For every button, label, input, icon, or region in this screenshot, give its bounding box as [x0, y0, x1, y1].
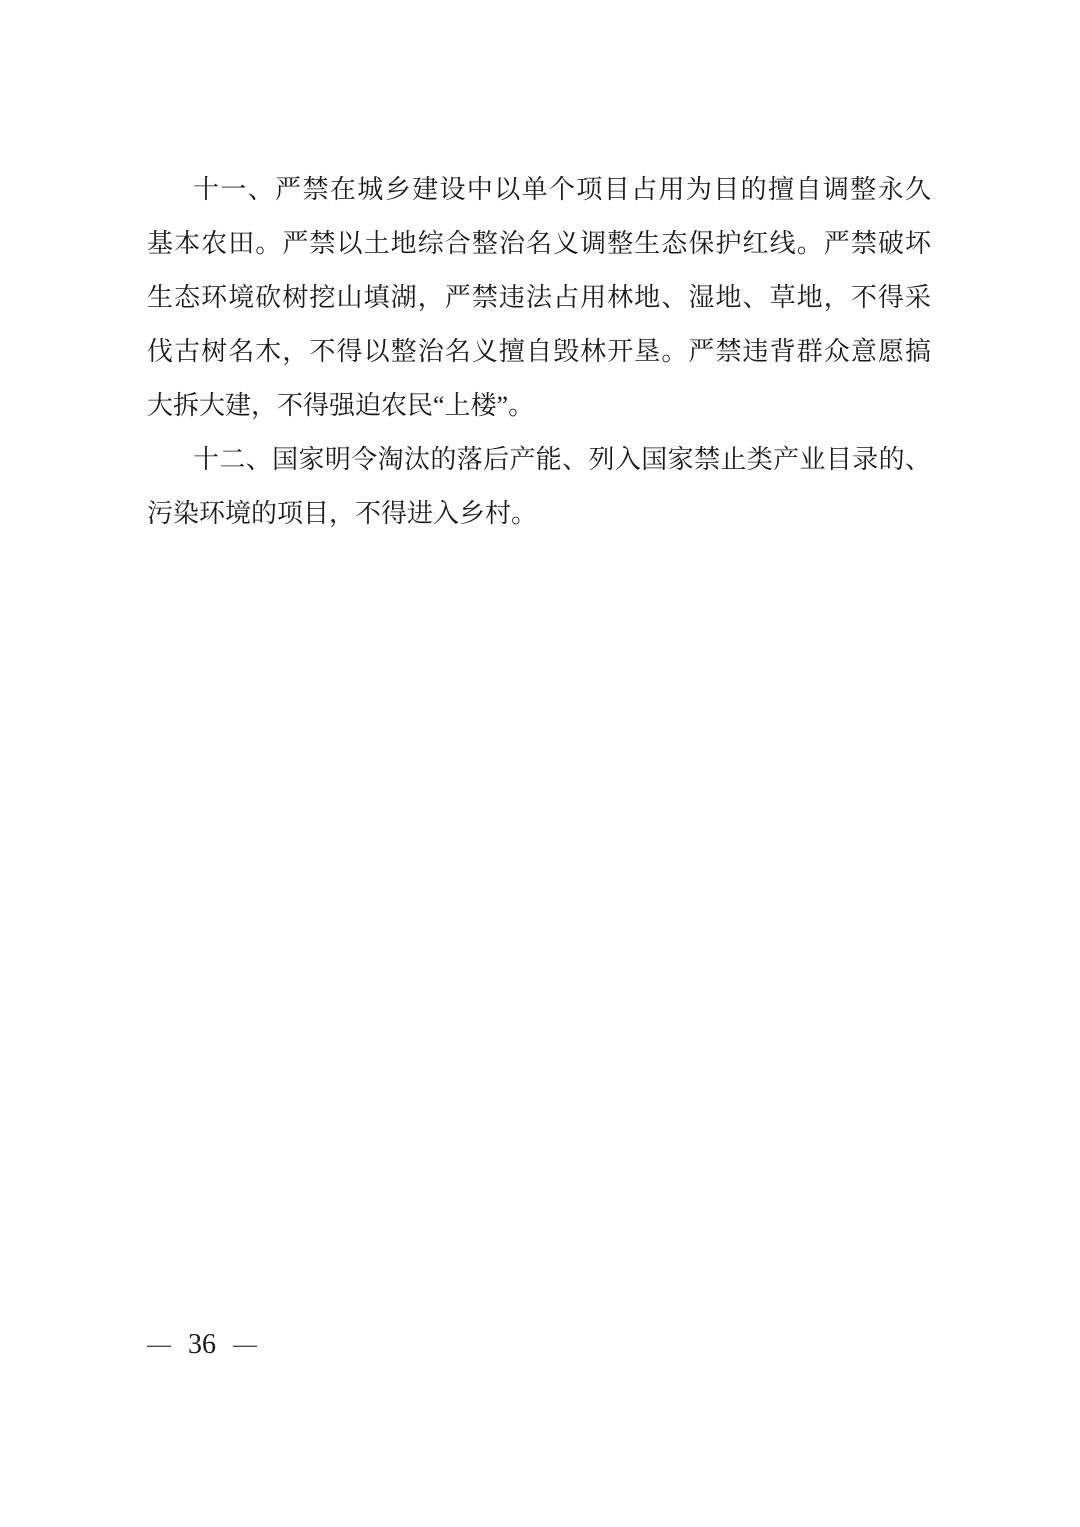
text-line: 基本农田。严禁以土地综合整治名义调整生态保护红线。严禁破坏 [147, 217, 931, 271]
text-line: 十一、严禁在城乡建设中以单个项目占用为目的擅自调整永久 [147, 163, 931, 217]
document-body-text: 十一、严禁在城乡建设中以单个项目占用为目的擅自调整永久 基本农田。严禁以土地综合… [147, 163, 931, 541]
text-line: 生态环境砍树挖山填湖，严禁违法占用林地、湿地、草地，不得采 [147, 271, 931, 325]
paragraph-12: 十二、国家明令淘汰的落后产能、列入国家禁止类产业目录的、 污染环境的项目，不得进… [147, 433, 931, 541]
text-line: 污染环境的项目，不得进入乡村。 [147, 487, 931, 541]
paragraph-11: 十一、严禁在城乡建设中以单个项目占用为目的擅自调整永久 基本农田。严禁以土地综合… [147, 163, 931, 433]
text-line: 大拆大建，不得强迫农民“上楼”。 [147, 379, 931, 433]
document-page: 十一、严禁在城乡建设中以单个项目占用为目的擅自调整永久 基本农田。严禁以土地综合… [0, 0, 1080, 1527]
text-line: 伐古树名木，不得以整治名义擅自毁林开垦。严禁违背群众意愿搞 [147, 325, 931, 379]
page-number-dash-left: — [147, 1331, 171, 1359]
page-number: 36 [188, 1331, 216, 1359]
page-number-dash-right: — [233, 1331, 257, 1359]
text-line: 十二、国家明令淘汰的落后产能、列入国家禁止类产业目录的、 [147, 433, 931, 487]
page-footer: — 36 — [145, 1331, 259, 1359]
